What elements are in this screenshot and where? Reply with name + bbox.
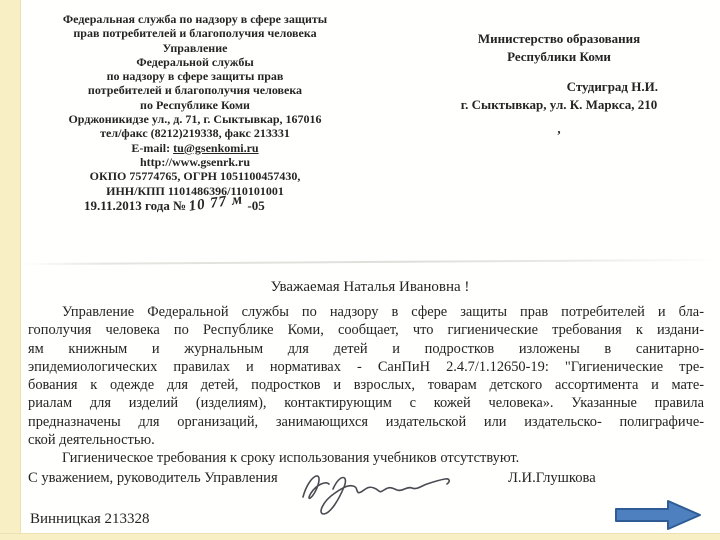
letterhead-line: по надзору в сфере защиты прав xyxy=(40,69,350,83)
slide-left-border xyxy=(0,0,21,540)
letterhead-line: Управление xyxy=(40,41,350,55)
email-address: tu@gsenkomi.ru xyxy=(173,141,259,155)
body-line: ской деятельностью. xyxy=(28,431,704,449)
handwritten-signature xyxy=(293,457,463,517)
recipient-address: г. Сыктывкар, ул. К. Маркса, 210 xyxy=(448,96,670,114)
recipient-org-line: Республики Коми xyxy=(448,48,670,66)
signoff-title: С уважением, руководитель Управления xyxy=(28,470,278,487)
recipient-org-line: Министерство образования xyxy=(448,30,670,48)
body-line: предназначены для организаций, занимающи… xyxy=(28,413,704,431)
body-line: риалам для изделий (изделиям), контактир… xyxy=(28,394,704,412)
salutation: Уважаемая Наталья Ивановна ! xyxy=(20,279,720,296)
sender-letterhead: Федеральная служба по надзору в сфере за… xyxy=(40,12,350,198)
stray-comma-mark: , xyxy=(448,120,670,138)
scan-fold-line xyxy=(22,259,718,265)
signature-strokes xyxy=(303,476,449,514)
email-label: E-mail: xyxy=(131,141,173,155)
letterhead-email-line: E-mail: tu@gsenkomi.ru xyxy=(40,141,350,155)
letterhead-line: прав потребителей и благополучия человек… xyxy=(40,26,350,40)
letterhead-website: http://www.gsenrk.ru xyxy=(40,155,350,169)
letterhead-inn-kpp: ИНН/КПП 1101486396/110101001 xyxy=(40,184,350,198)
body-line: бования к одежде для детей, подростков и… xyxy=(28,376,704,394)
right-arrow-icon[interactable] xyxy=(616,501,700,529)
letter-body: Управление Федеральной службы по надзору… xyxy=(28,303,704,468)
date-number-prefix: 19.11.2013 года № xyxy=(84,198,186,213)
executor-line: Винницкая 213328 xyxy=(30,511,150,528)
letterhead-line: Федеральной службы xyxy=(40,55,350,69)
recipient-block: Министерство образования Республики Коми… xyxy=(448,30,670,138)
body-line: Управление Федеральной службы по надзору… xyxy=(28,303,704,321)
letterhead-address: Орджоникидзе ул., д. 71, г. Сыктывкар, 1… xyxy=(40,112,350,126)
signatory-name: Л.И.Глушкова xyxy=(508,470,596,487)
recipient-name: Студиград Н.И. xyxy=(448,78,670,96)
body-line: ям книжным и журнальным для детей и подр… xyxy=(28,340,704,358)
date-number-suffix: -05 xyxy=(247,198,264,213)
slide-bottom-border xyxy=(0,533,720,540)
letterhead-line: по Республике Коми xyxy=(40,98,350,112)
letterhead-line: Федеральная служба по надзору в сфере за… xyxy=(40,12,350,26)
date-and-number-line: 19.11.2013 года № 10 77 м -05 xyxy=(84,198,265,215)
letterhead-okpo-ogrn: ОКПО 75774765, ОГРН 1051100457430, xyxy=(40,169,350,183)
letterhead-line: потребителей и благополучия человека xyxy=(40,83,350,97)
body-line: эпидемиологических правилах и нормативах… xyxy=(28,358,704,376)
next-slide-arrow[interactable] xyxy=(614,499,702,531)
body-line: гополучия человека по Республике Коми, с… xyxy=(28,321,704,339)
letterhead-phone: тел/факс (8212)219338, факс 213331 xyxy=(40,126,350,140)
